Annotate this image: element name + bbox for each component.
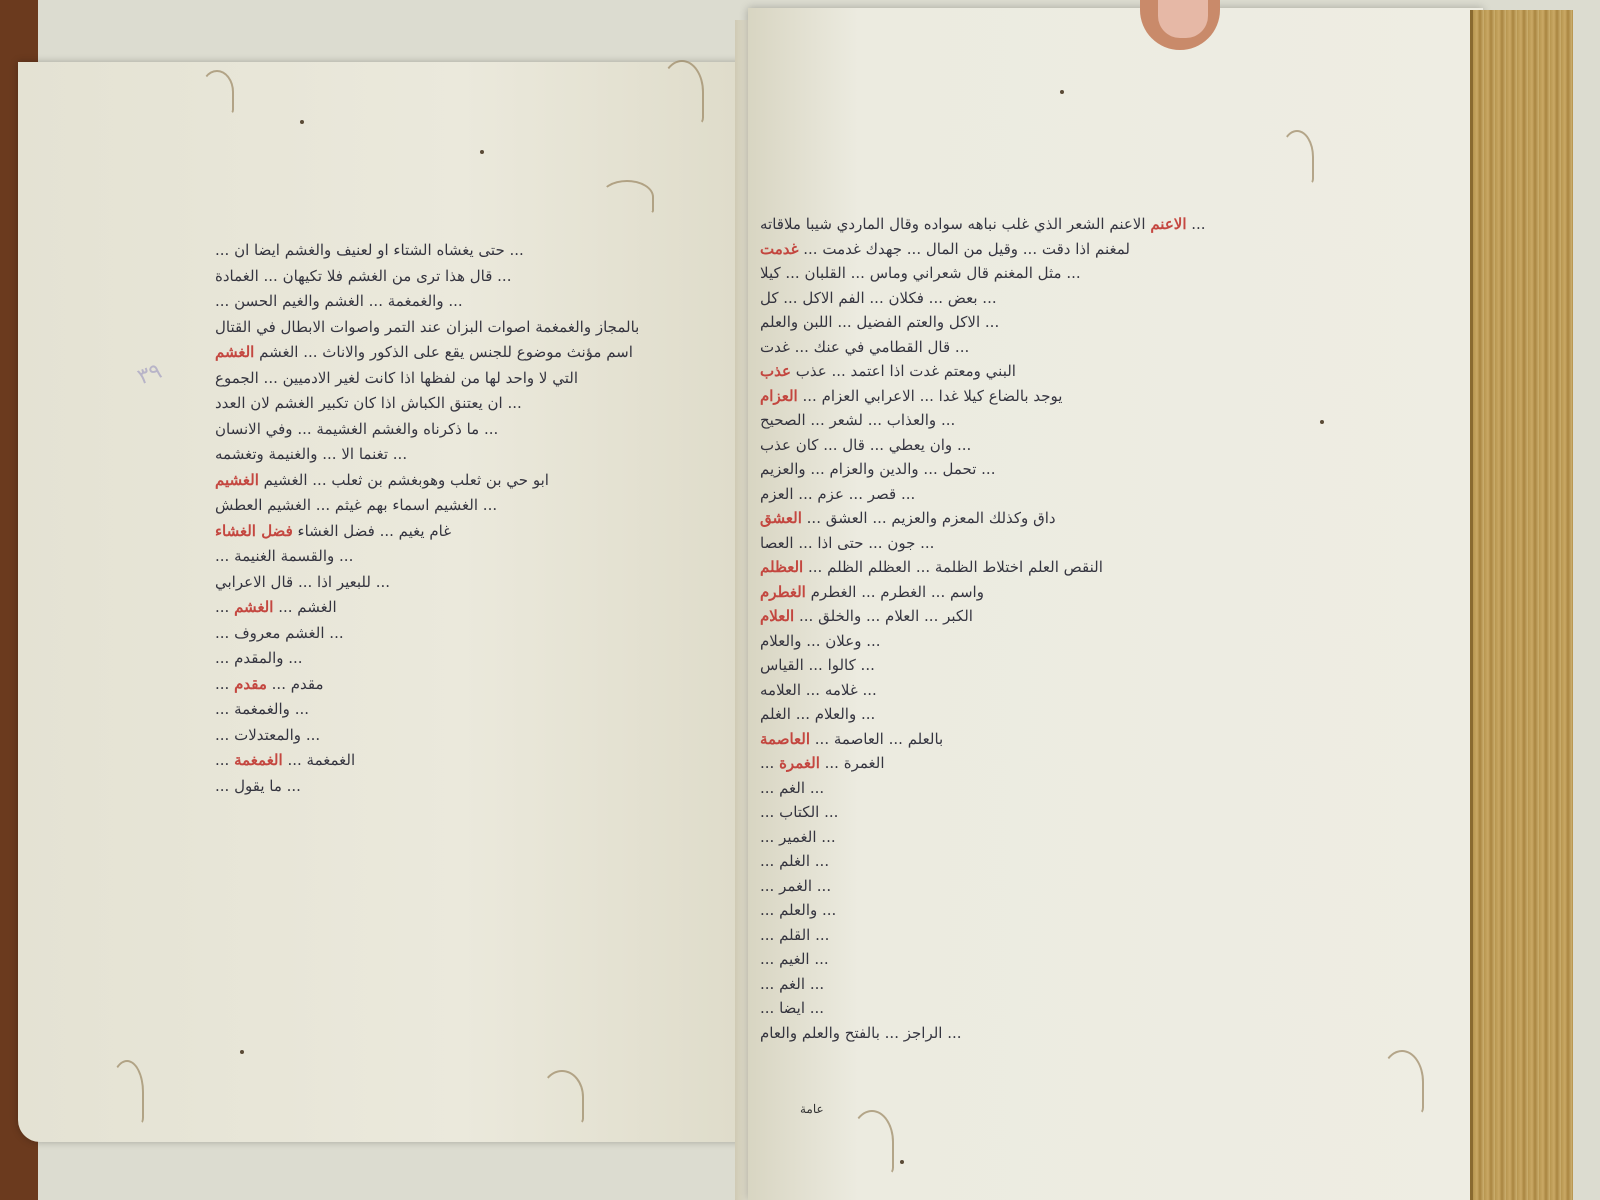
rubric-headword: العاصمة (760, 730, 810, 748)
text-line: لمغنم اذا دقت ... وقيل من المال ... جهدك… (760, 237, 1280, 262)
wormhole-trail (660, 60, 704, 124)
text-line: ... مقدم ... مقدم (215, 672, 735, 698)
text-line: ... الغمرة ... الغمرة (760, 751, 1280, 776)
rubric-headword: فضل الغشاء (215, 522, 293, 540)
text-line: ... الغشم معروف ... (215, 621, 735, 647)
text-line: كالوا ... القياس ... (760, 653, 1280, 678)
wormhole-trail (850, 1110, 894, 1174)
rubric-headword: الغمغمة (234, 751, 283, 769)
text-line: وعلان ... والعلام ... (760, 629, 1280, 654)
wormhole-trail (1380, 1050, 1424, 1114)
text-line: تغنما الا ... والغنيمة وتغشمه ... (215, 442, 735, 468)
text-line: بعض ... فكلان ... الفم الاكل ... كل ... (760, 286, 1280, 311)
text-line: ... الغم ... (760, 776, 1280, 801)
text-line: ... الغم ... (760, 972, 1280, 997)
text-line: ... الغمغمة ... الغمغمة (215, 748, 735, 774)
paper-speck (1320, 420, 1324, 424)
rubric-headword: الغشم (215, 343, 254, 361)
paper-speck (480, 150, 484, 154)
paper-speck (300, 120, 304, 124)
rubric-headword: غدمت (760, 240, 798, 258)
text-line: ... الغمر ... (760, 874, 1280, 899)
text-line: قال هذا ترى من الغشم فلا تكيهان ... الغم… (215, 264, 735, 290)
rubric-headword: الغطرم (760, 583, 806, 601)
text-line: ان يعتنق الكباش اذا كان تكبير الغشم لان … (215, 391, 735, 417)
rubric-headword: الاعنم (1150, 215, 1186, 233)
rubric-headword: مقدم (234, 675, 267, 693)
page-fore-edge (1470, 10, 1573, 1200)
text-line: بالعلم ... العاصمة ... العاصمة (760, 727, 1280, 752)
text-line: ما ذكرناه والغشم الغشيمة ... وفي الانسان… (215, 417, 735, 443)
text-line: والعلام ... الغلم ... (760, 702, 1280, 727)
text-line: ... القلم ... (760, 923, 1280, 948)
text-line: ... ايضا ... (760, 996, 1280, 1021)
rubric-headword: العشق (760, 509, 802, 527)
text-line: ... والمعتدلات ... (215, 723, 735, 749)
text-line: غام يغيم ... فضل الغشاء فضل الغشاء (215, 519, 735, 545)
text-line: البني ومعتم غدت اذا اعتمد ... عذب عذب (760, 359, 1280, 384)
paper-speck (900, 1160, 904, 1164)
text-line: الاعنم الاعنم الشعر الذي غلب نباهه سواده… (760, 212, 1280, 237)
text-line: ابو حي بن ثعلب وهوبغشم بن ثعلب ... الغشي… (215, 468, 735, 494)
text-line: قصر ... عزم ... العزم ... (760, 482, 1280, 507)
text-line: والعذاب ... لشعر ... الصحيح ... (760, 408, 1280, 433)
text-line: ... والغمغمة ... الغشم والغيم الحسن ... (215, 289, 735, 315)
text-line: غلامه ... العلامه ... (760, 678, 1280, 703)
text-line: قال القطامي في عنك ... غدت ... (760, 335, 1280, 360)
wormhole-trail (1280, 130, 1314, 184)
text-line: داق وكذلك المعزم والعزيم ... العشق ... ا… (760, 506, 1280, 531)
text-line: الكبر ... العلام ... والخلق ... العلام (760, 604, 1280, 629)
left-text-block: ... حتى يغشاه الشتاء او لعنيف والغشم ايض… (215, 238, 735, 1008)
text-line: ... الغلم ... (760, 849, 1280, 874)
wormhole-trail (110, 1060, 144, 1124)
text-line: وان يعطي ... قال ... كان عذب ... (760, 433, 1280, 458)
text-line: ... الغمير ... (760, 825, 1280, 850)
catchword: عامة (800, 1102, 824, 1116)
paper-speck (240, 1050, 244, 1054)
text-line: يوجد بالضاع كيلا غدا ... الاعرابي العزام… (760, 384, 1280, 409)
rubric-headword: العظلم (760, 558, 803, 576)
text-line: ... والقسمة الغنيمة ... (215, 544, 735, 570)
rubric-headword: الغمرة (779, 754, 820, 772)
wormhole-trail (200, 70, 234, 114)
text-line: ... ما يقول ... (215, 774, 735, 800)
text-line: اسم مؤنث موضوع للجنس يقع على الذكور والا… (215, 340, 735, 366)
rubric-headword: الغشيم (215, 471, 259, 489)
text-line: ... الغيم ... (760, 947, 1280, 972)
paper-speck (1060, 90, 1064, 94)
text-line: مثل المغنم قال شعراني وماس ... القلبان .… (760, 261, 1280, 286)
right-text-block: الاعنم الاعنم الشعر الذي غلب نباهه سواده… (760, 212, 1280, 1072)
rubric-headword: الغشم (234, 598, 273, 616)
rubric-headword: العزام (760, 387, 798, 405)
text-line: للبعير اذا ... قال الاعرابي ... (215, 570, 735, 596)
pencil-folio-mark: ٣٩ (134, 359, 165, 391)
text-line: التي لا واحد لها من لفظها اذا كانت لغير … (215, 366, 735, 392)
wormhole-trail (600, 180, 654, 214)
text-line: الراجز ... بالفتح والعلم والعام ... (760, 1021, 1280, 1046)
text-line: جون ... حتى اذا ... العصا ... (760, 531, 1280, 556)
text-line: تحمل ... والدين والعزام ... والعزيم ... (760, 457, 1280, 482)
text-line: ... والغمغمة ... (215, 697, 735, 723)
text-line: ... والمقدم ... (215, 646, 735, 672)
text-line: ... الكتاب ... (760, 800, 1280, 825)
text-line: ... حتى يغشاه الشتاء او لعنيف والغشم ايض… (215, 238, 735, 264)
thumbnail-nail (1158, 0, 1208, 38)
wormhole-trail (540, 1070, 584, 1124)
text-line: بالمجاز والغمغمة اصوات البزان عند التمر … (215, 315, 735, 341)
rubric-headword: عذب (760, 362, 791, 380)
text-line: الاكل والعتم الفضيل ... اللبن والعلم ... (760, 310, 1280, 335)
text-line: الغشيم اسماء بهم غيثم ... الغشيم العطش .… (215, 493, 735, 519)
text-line: النقص العلم اختلاط الظلمة ... العظلم الظ… (760, 555, 1280, 580)
text-line: ... والعلم ... (760, 898, 1280, 923)
text-line: واسم ... الغطرم ... الغطرم الغطرم (760, 580, 1280, 605)
text-line: ... الغشم ... الغشم (215, 595, 735, 621)
rubric-headword: العلام (760, 607, 794, 625)
